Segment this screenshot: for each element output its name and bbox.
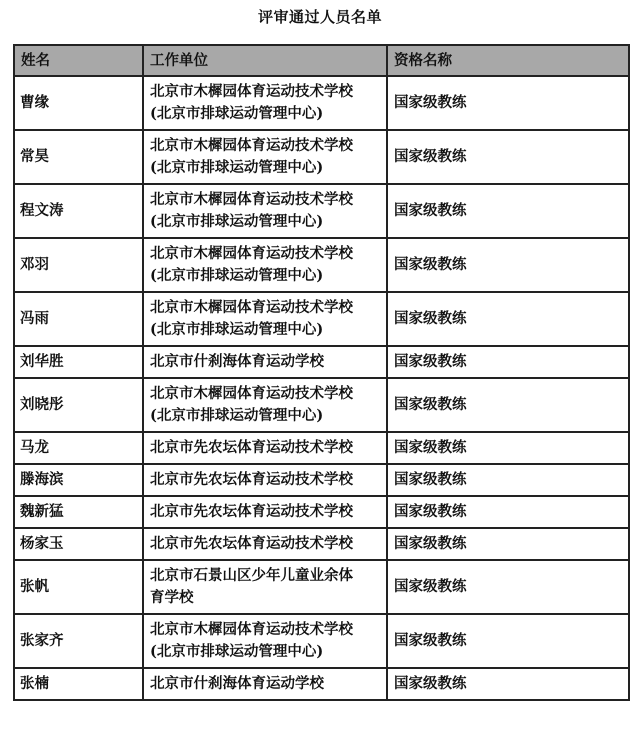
cell-name: 冯雨 — [14, 292, 143, 346]
unit-line: 北京市什刹海体育运动学校 — [150, 673, 380, 695]
column-header-qualification: 资格名称 — [387, 45, 629, 76]
cell-unit: 北京市木樨园体育运动技术学校(北京市排球运动管理中心) — [143, 614, 387, 668]
cell-name: 曹缘 — [14, 76, 143, 130]
column-header-unit: 工作单位 — [143, 45, 387, 76]
personnel-table: 姓名 工作单位 资格名称 曹缘北京市木樨园体育运动技术学校(北京市排球运动管理中… — [13, 44, 630, 701]
cell-unit: 北京市石景山区少年儿童业余体育学校 — [143, 560, 387, 614]
cell-unit: 北京市什刹海体育运动学校 — [143, 668, 387, 700]
unit-line: (北京市排球运动管理中心) — [150, 265, 380, 287]
cell-name: 常昊 — [14, 130, 143, 184]
cell-unit: 北京市木樨园体育运动技术学校(北京市排球运动管理中心) — [143, 184, 387, 238]
cell-name: 张楠 — [14, 668, 143, 700]
unit-line: 北京市木樨园体育运动技术学校 — [150, 297, 380, 319]
unit-line: 北京市木樨园体育运动技术学校 — [150, 619, 380, 641]
cell-qualification: 国家级教练 — [387, 464, 629, 496]
unit-line: 北京市先农坛体育运动技术学校 — [150, 469, 380, 491]
table-row: 马龙北京市先农坛体育运动技术学校国家级教练 — [14, 432, 629, 464]
unit-line: 北京市木樨园体育运动技术学校 — [150, 243, 380, 265]
table-row: 滕海滨北京市先农坛体育运动技术学校国家级教练 — [14, 464, 629, 496]
cell-unit: 北京市什刹海体育运动学校 — [143, 346, 387, 378]
unit-line: (北京市排球运动管理中心) — [150, 405, 380, 427]
cell-qualification: 国家级教练 — [387, 184, 629, 238]
unit-line: 北京市先农坛体育运动技术学校 — [150, 501, 380, 523]
table-row: 魏新猛北京市先农坛体育运动技术学校国家级教练 — [14, 496, 629, 528]
table-row: 邓羽北京市木樨园体育运动技术学校(北京市排球运动管理中心)国家级教练 — [14, 238, 629, 292]
unit-line: 北京市木樨园体育运动技术学校 — [150, 383, 380, 405]
cell-qualification: 国家级教练 — [387, 238, 629, 292]
cell-name: 魏新猛 — [14, 496, 143, 528]
cell-name: 邓羽 — [14, 238, 143, 292]
table-header-row: 姓名 工作单位 资格名称 — [14, 45, 629, 76]
cell-qualification: 国家级教练 — [387, 668, 629, 700]
unit-line: 北京市木樨园体育运动技术学校 — [150, 81, 380, 103]
unit-line: (北京市排球运动管理中心) — [150, 211, 380, 233]
unit-line: 北京市木樨园体育运动技术学校 — [150, 189, 380, 211]
unit-line: (北京市排球运动管理中心) — [150, 157, 380, 179]
unit-line: (北京市排球运动管理中心) — [150, 641, 380, 663]
table-row: 程文涛北京市木樨园体育运动技术学校(北京市排球运动管理中心)国家级教练 — [14, 184, 629, 238]
cell-qualification: 国家级教练 — [387, 432, 629, 464]
cell-qualification: 国家级教练 — [387, 346, 629, 378]
table-row: 张帆北京市石景山区少年儿童业余体育学校国家级教练 — [14, 560, 629, 614]
cell-unit: 北京市木樨园体育运动技术学校(北京市排球运动管理中心) — [143, 292, 387, 346]
table-body: 曹缘北京市木樨园体育运动技术学校(北京市排球运动管理中心)国家级教练常昊北京市木… — [14, 76, 629, 700]
cell-unit: 北京市先农坛体育运动技术学校 — [143, 496, 387, 528]
cell-qualification: 国家级教练 — [387, 528, 629, 560]
unit-line: (北京市排球运动管理中心) — [150, 319, 380, 341]
cell-qualification: 国家级教练 — [387, 496, 629, 528]
cell-unit: 北京市木樨园体育运动技术学校(北京市排球运动管理中心) — [143, 238, 387, 292]
cell-name: 张家齐 — [14, 614, 143, 668]
cell-name: 刘晓彤 — [14, 378, 143, 432]
cell-qualification: 国家级教练 — [387, 130, 629, 184]
unit-line: 育学校 — [150, 587, 380, 609]
table-row: 常昊北京市木樨园体育运动技术学校(北京市排球运动管理中心)国家级教练 — [14, 130, 629, 184]
cell-unit: 北京市木樨园体育运动技术学校(北京市排球运动管理中心) — [143, 378, 387, 432]
table-row: 张家齐北京市木樨园体育运动技术学校(北京市排球运动管理中心)国家级教练 — [14, 614, 629, 668]
cell-name: 程文涛 — [14, 184, 143, 238]
cell-name: 滕海滨 — [14, 464, 143, 496]
cell-qualification: 国家级教练 — [387, 292, 629, 346]
table-row: 刘华胜北京市什刹海体育运动学校国家级教练 — [14, 346, 629, 378]
unit-line: 北京市木樨园体育运动技术学校 — [150, 135, 380, 157]
unit-line: 北京市先农坛体育运动技术学校 — [150, 437, 380, 459]
document-title: 评审通过人员名单 — [0, 6, 640, 27]
cell-name: 张帆 — [14, 560, 143, 614]
cell-unit: 北京市先农坛体育运动技术学校 — [143, 528, 387, 560]
unit-line: 北京市什刹海体育运动学校 — [150, 351, 380, 373]
cell-name: 刘华胜 — [14, 346, 143, 378]
unit-line: 北京市石景山区少年儿童业余体 — [150, 565, 380, 587]
table-row: 曹缘北京市木樨园体育运动技术学校(北京市排球运动管理中心)国家级教练 — [14, 76, 629, 130]
cell-qualification: 国家级教练 — [387, 614, 629, 668]
column-header-name: 姓名 — [14, 45, 143, 76]
unit-line: 北京市先农坛体育运动技术学校 — [150, 533, 380, 555]
cell-name: 马龙 — [14, 432, 143, 464]
table-row: 刘晓彤北京市木樨园体育运动技术学校(北京市排球运动管理中心)国家级教练 — [14, 378, 629, 432]
table-row: 张楠北京市什刹海体育运动学校国家级教练 — [14, 668, 629, 700]
table-row: 杨家玉北京市先农坛体育运动技术学校国家级教练 — [14, 528, 629, 560]
cell-qualification: 国家级教练 — [387, 76, 629, 130]
cell-unit: 北京市先农坛体育运动技术学校 — [143, 432, 387, 464]
cell-qualification: 国家级教练 — [387, 378, 629, 432]
unit-line: (北京市排球运动管理中心) — [150, 103, 380, 125]
table-row: 冯雨北京市木樨园体育运动技术学校(北京市排球运动管理中心)国家级教练 — [14, 292, 629, 346]
cell-name: 杨家玉 — [14, 528, 143, 560]
cell-unit: 北京市木樨园体育运动技术学校(北京市排球运动管理中心) — [143, 130, 387, 184]
cell-qualification: 国家级教练 — [387, 560, 629, 614]
cell-unit: 北京市木樨园体育运动技术学校(北京市排球运动管理中心) — [143, 76, 387, 130]
cell-unit: 北京市先农坛体育运动技术学校 — [143, 464, 387, 496]
